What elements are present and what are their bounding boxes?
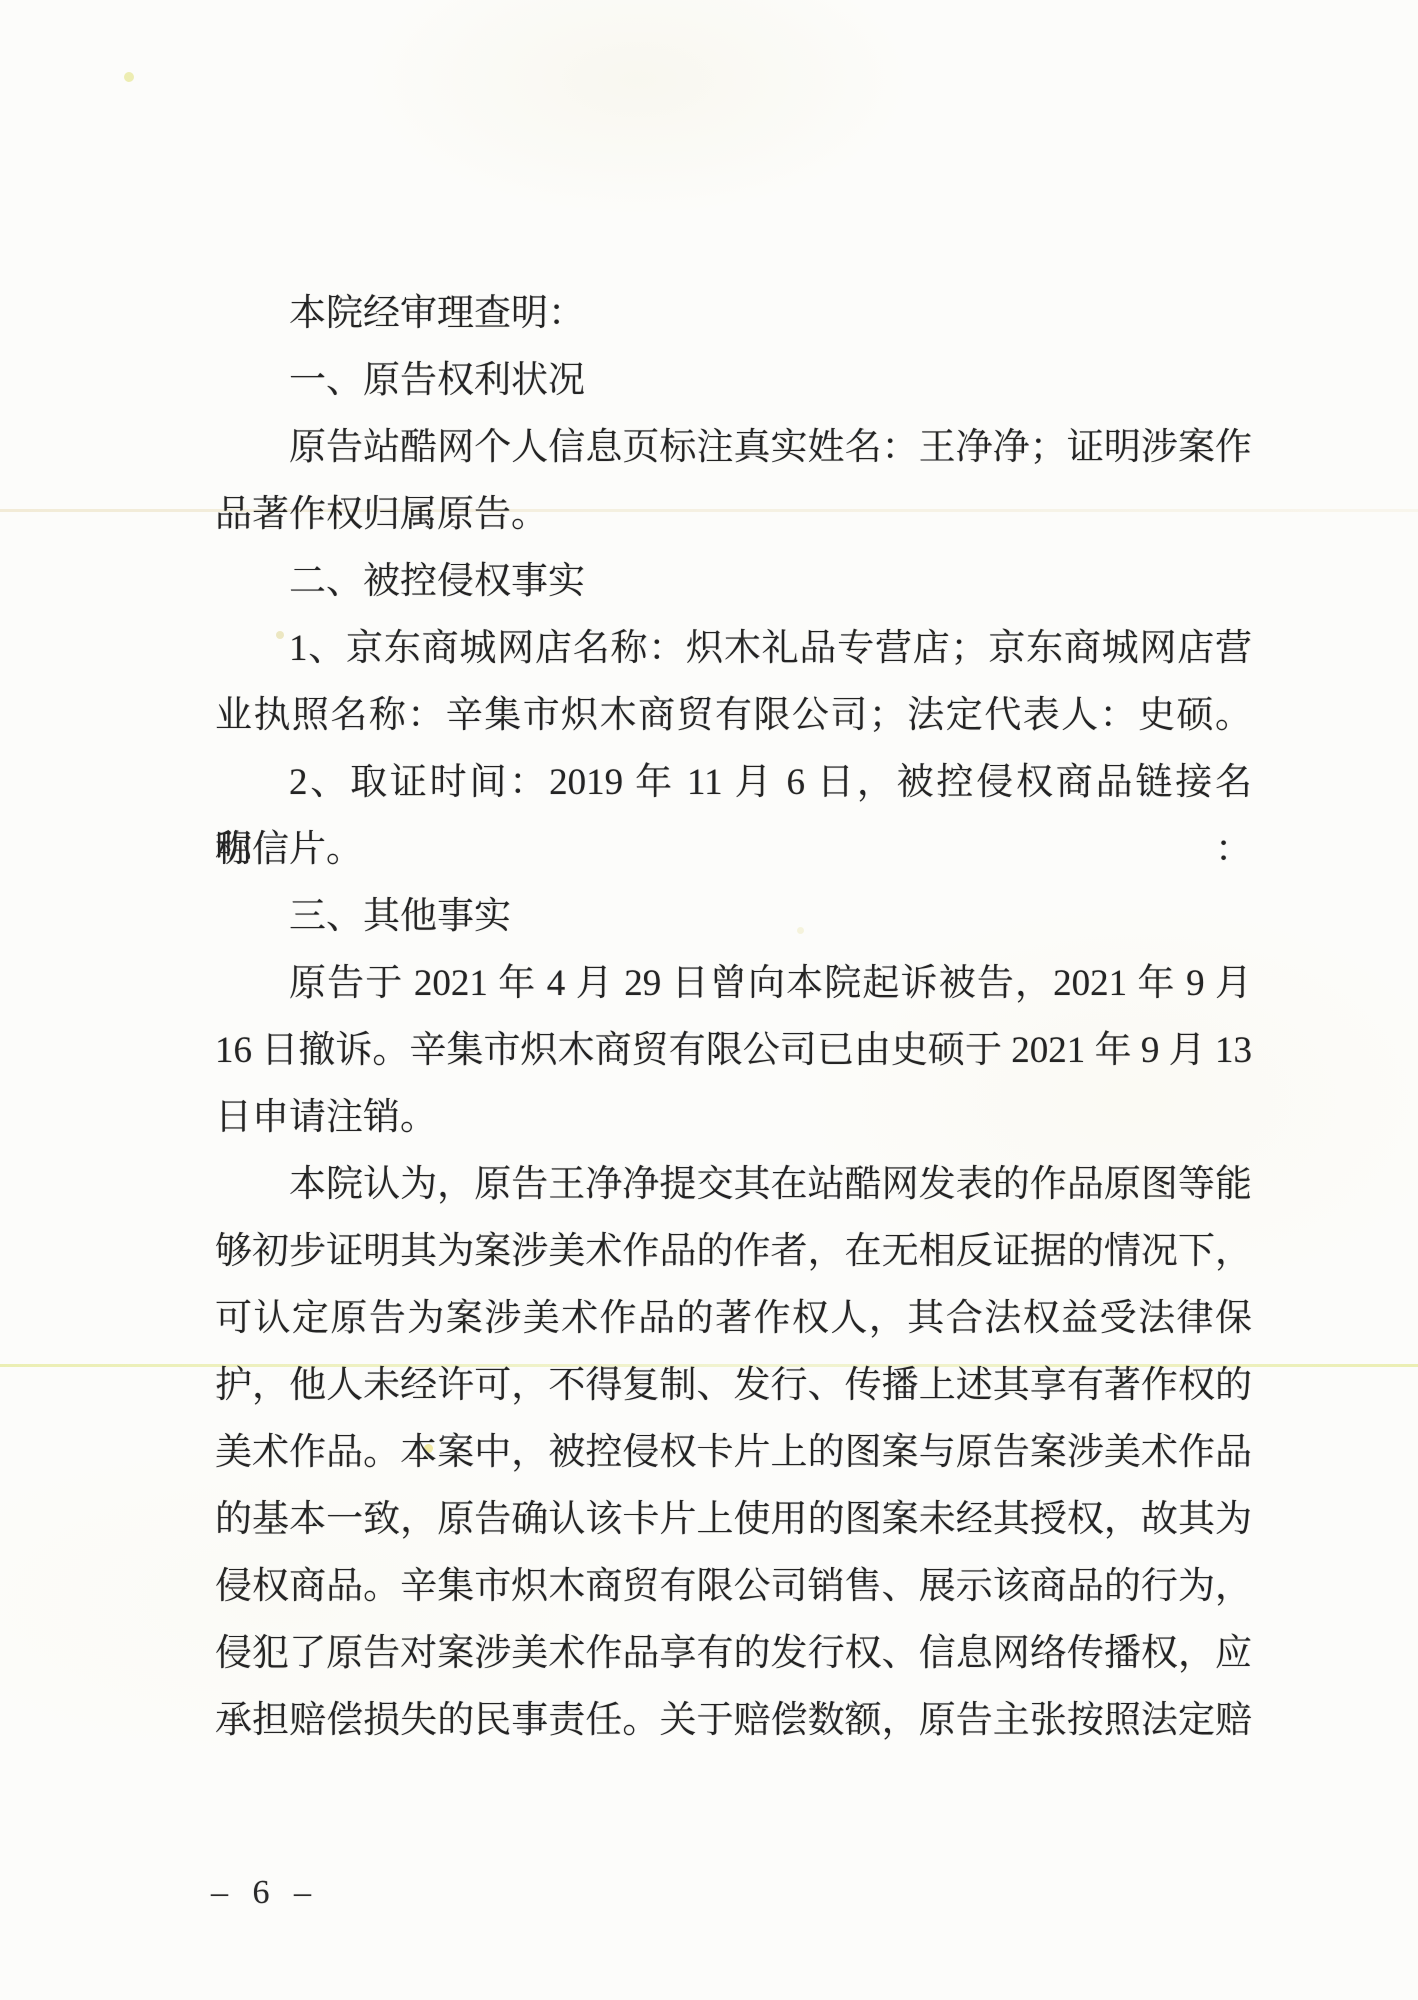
text-line: 的基本一致，原告确认该卡片上使用的图案未经其授权，故其为 bbox=[215, 1486, 1252, 1553]
text-line: 16 日撤诉。辛集市炽木商贸有限公司已由史硕于 2021 年 9 月 13 bbox=[215, 1017, 1252, 1084]
text-line-findings-heading: 本院经审理查明： bbox=[215, 280, 1252, 347]
text-line-court-opinion-start: 本院认为，原告王净净提交其在站酷网发表的作品原图等能 bbox=[215, 1151, 1252, 1218]
scan-speck bbox=[124, 72, 134, 82]
text-line: 业执照名称：辛集市炽木商贸有限公司；法定代表人：史硕。 bbox=[215, 682, 1252, 749]
body-text: 本院经审理查明： 一、原告权利状况 原告站酷网个人信息页标注真实姓名：王净净；证… bbox=[215, 280, 1252, 1754]
text-line: 够初步证明其为案涉美术作品的作者，在无相反证据的情况下， bbox=[215, 1218, 1252, 1285]
text-line: 原告站酷网个人信息页标注真实姓名：王净净；证明涉案作 bbox=[215, 414, 1252, 481]
text-line: 日申请注销。 bbox=[215, 1084, 1252, 1151]
text-line: 可认定原告为案涉美术作品的著作权人，其合法权益受法律保 bbox=[215, 1285, 1252, 1352]
text-line: 原告于 2021 年 4 月 29 日曾向本院起诉被告，2021 年 9 月 bbox=[215, 950, 1252, 1017]
text-line: 护，他人未经许可，不得复制、发行、传播上述其享有著作权的 bbox=[215, 1352, 1252, 1419]
page-number: – 6 – bbox=[211, 1874, 312, 1912]
document-page: 本院经审理查明： 一、原告权利状况 原告站酷网个人信息页标注真实姓名：王净净；证… bbox=[0, 0, 1418, 2000]
text-line: 承担赔偿损失的民事责任。关于赔偿数额，原告主张按照法定赔 bbox=[215, 1687, 1252, 1754]
text-line-section-3-heading: 三、其他事实 bbox=[215, 883, 1252, 950]
text-line-section-2-heading: 二、被控侵权事实 bbox=[215, 548, 1252, 615]
text-line-section-1-heading: 一、原告权利状况 bbox=[215, 347, 1252, 414]
text-line: 2、取证时间：2019 年 11 月 6 日，被控侵权商品链接名称： bbox=[215, 749, 1252, 816]
text-line: 侵犯了原告对案涉美术作品享有的发行权、信息网络传播权，应 bbox=[215, 1620, 1252, 1687]
text-line: 美术作品。本案中，被控侵权卡片上的图案与原告案涉美术作品 bbox=[215, 1419, 1252, 1486]
text-line: 品著作权归属原告。 bbox=[215, 481, 1252, 548]
text-line: 1、京东商城网店名称：炽木礼品专营店；京东商城网店营 bbox=[215, 615, 1252, 682]
text-line: 侵权商品。辛集市炽木商贸有限公司销售、展示该商品的行为， bbox=[215, 1553, 1252, 1620]
